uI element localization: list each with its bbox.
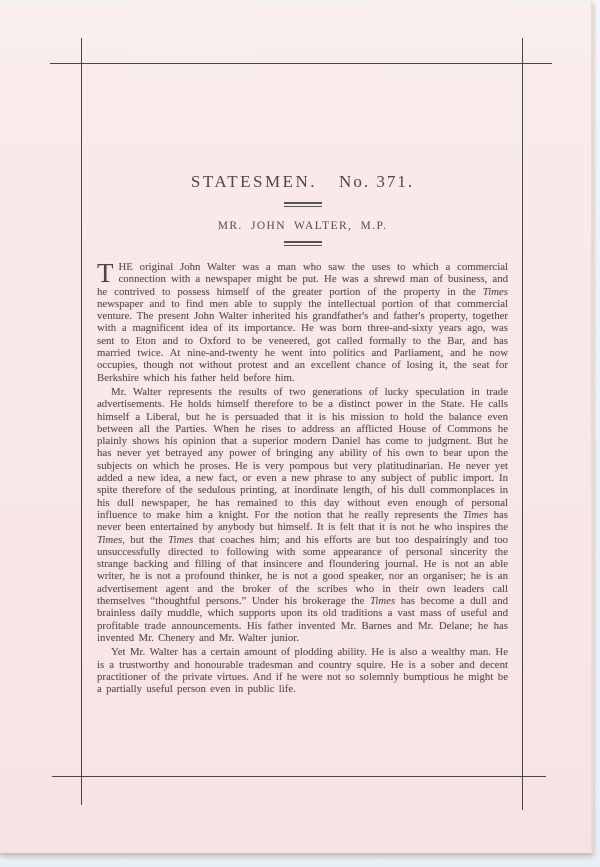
divider-thick-bar [284,241,322,243]
subject-heading: MR. JOHN WALTER, M.P. [97,220,508,232]
italic-text: Times [483,286,508,298]
title-divider [284,202,322,207]
series-name: STATESMEN. [191,172,317,191]
frame-rule-top [50,63,552,64]
italic-text: Times [97,534,122,546]
italic-text: Times [168,534,193,546]
article-paragraph: Mr. Walter represents the results of two… [97,386,508,644]
italic-text: Times [463,509,488,521]
drop-cap: T [97,261,119,284]
article-paragraph: THE original John Walter was a man who s… [97,261,508,384]
article-paragraph: Yet Mr. Walter has a certain amount of p… [97,646,508,695]
frame-rule-bottom [52,776,546,777]
frame-rule-right [522,38,523,810]
italic-text: Times [370,595,395,607]
divider-thin-bar [284,206,322,207]
subject-divider [284,241,322,246]
paper-page: STATESMEN.No. 371. MR. JOHN WALTER, M.P.… [0,2,593,855]
divider-thick-bar [284,202,322,204]
frame-rule-left [81,38,82,805]
page-title: STATESMEN.No. 371. [97,172,508,192]
article-body: THE original John Walter was a man who s… [97,261,508,695]
page-content: STATESMEN.No. 371. MR. JOHN WALTER, M.P.… [97,172,508,697]
series-number: No. 371. [339,172,414,191]
scan-background: STATESMEN.No. 371. MR. JOHN WALTER, M.P.… [0,0,600,867]
divider-thin-bar [284,245,322,246]
